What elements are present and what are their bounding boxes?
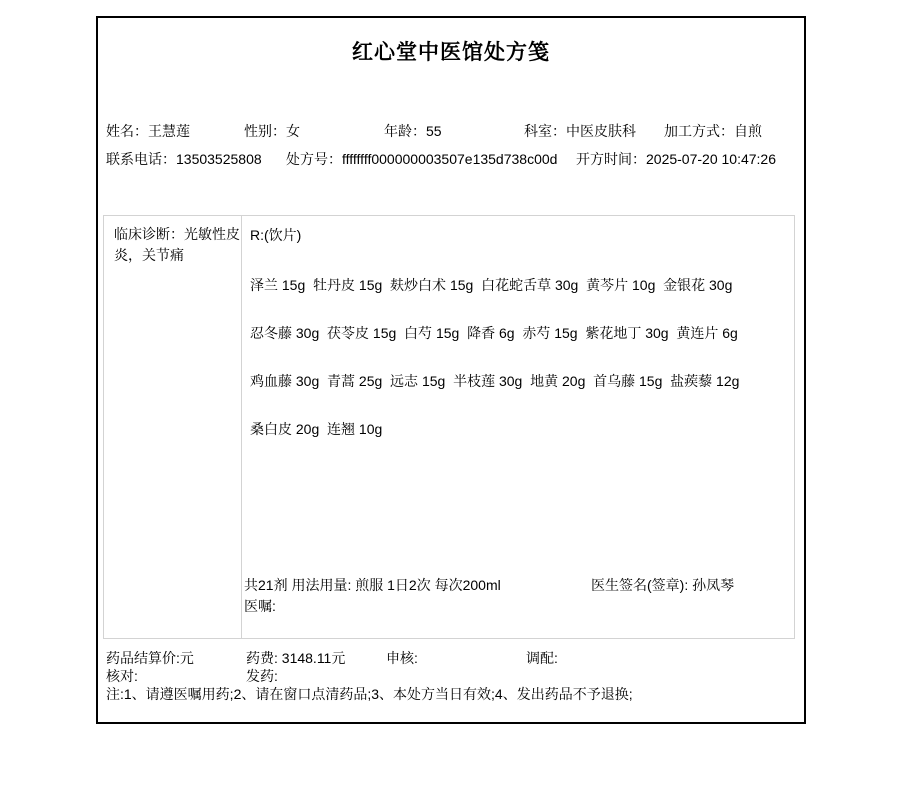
review-label: 申核: [386,650,418,667]
herb-line: 鸡血藤 30g 青蒿 25g 远志 15g 半枝莲 30g 地黄 20g 首乌藤… [250,371,788,389]
prescription-sheet: 红心堂中医馆处方笺 姓名：王慧莲 性别：女 年龄：55 科室：中医皮肤科 加工方… [96,16,806,724]
herb-line: 泽兰 15g 牡丹皮 15g 麸炒白术 15g 白花蛇舌草 30g 黄芩片 10… [250,275,788,293]
herb-lines: 泽兰 15g 牡丹皮 15g 麸炒白术 15g 白花蛇舌草 30g 黄芩片 10… [250,275,788,467]
field-age: 年龄：55 [384,123,442,140]
issue-label: 发药: [246,668,278,685]
field-phone: 联系电话：13503525808 [106,151,262,168]
clinical-diagnosis: 临床诊断：光敏性皮炎，关节痛 [114,224,240,266]
field-name: 姓名：王慧莲 [106,123,190,140]
herb-line: 桑白皮 20g 连翘 10g [250,419,788,437]
herb-line: 忍冬藤 30g 茯苓皮 15g 白芍 15g 降香 6g 赤芍 15g 紫花地丁… [250,323,788,341]
field-department: 科室：中医皮肤科 [524,123,636,140]
doctor-signature: 医生签名(签章): 孙凤琴 [591,577,734,594]
column-divider [241,216,242,638]
check-label: 核对: [106,668,138,685]
usage-line: 共21剂 用法用量: 煎服 1日2次 每次200ml [244,577,501,594]
rx-heading: R:(饮片) [250,227,301,244]
field-rx-number: 处方号：ffffffff000000003507e135d738c00d [286,151,557,168]
field-issue-time: 开方时间：2025-07-20 10:47:26 [576,151,776,168]
field-gender: 性别：女 [244,123,300,140]
medicine-fee: 药费: 3148.11元 [246,650,345,667]
page-title: 红心堂中医馆处方笺 [98,36,804,66]
doctor-advice: 医嘱: [244,598,276,615]
settlement-price: 药品结算价:元 [106,650,194,667]
dispense-prep-label: 调配: [526,650,558,667]
prescription-box: 临床诊断：光敏性皮炎，关节痛 R:(饮片) 泽兰 15g 牡丹皮 15g 麸炒白… [103,215,795,639]
field-processing: 加工方式：自煎 [664,123,762,140]
notes-line: 注:1、请遵医嘱用药;2、请在窗口点清药品;3、本处方当日有效;4、发出药品不予… [106,686,633,703]
